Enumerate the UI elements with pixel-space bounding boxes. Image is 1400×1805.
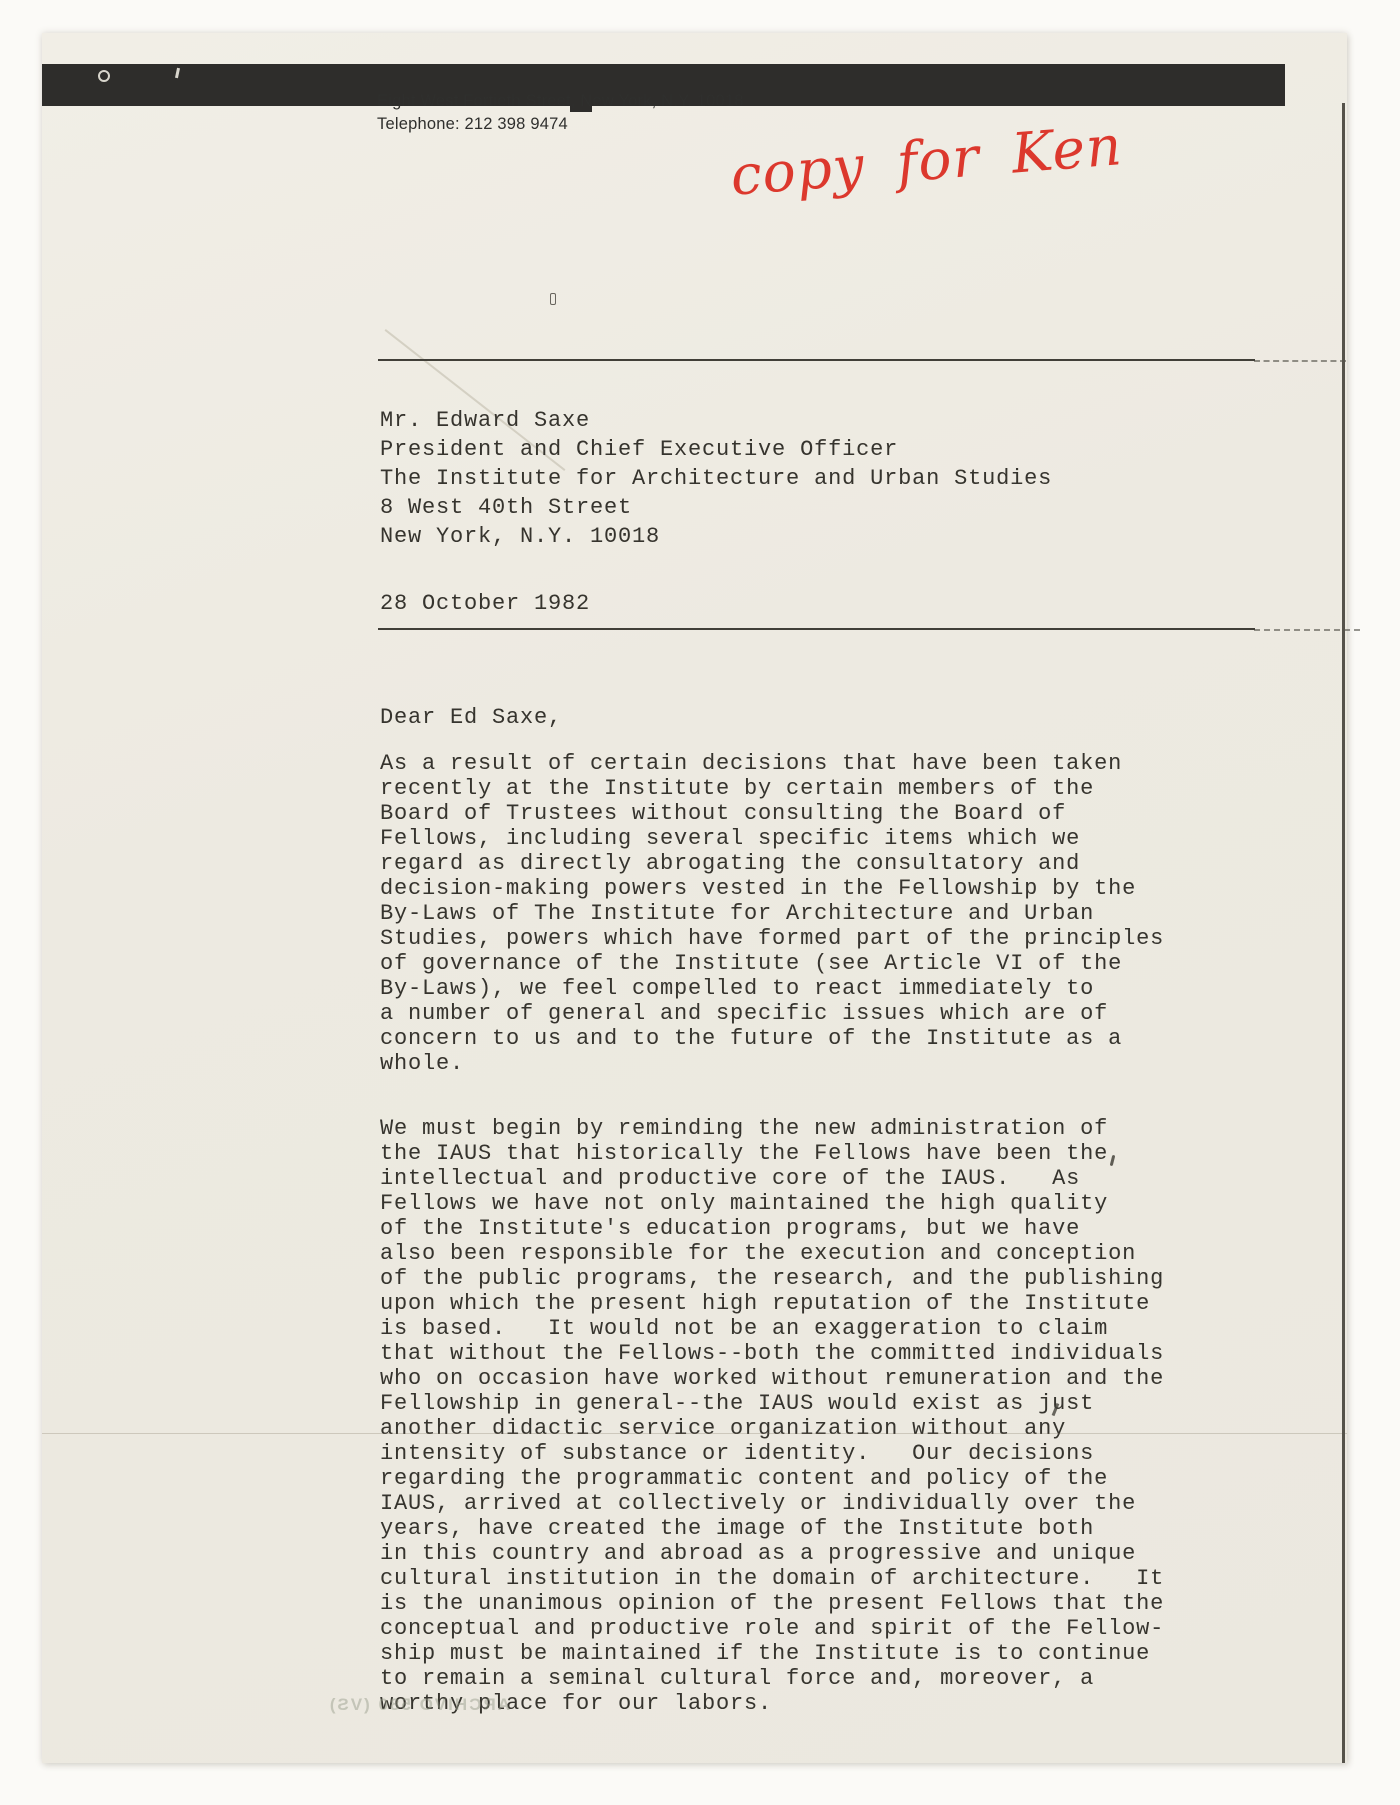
- horizontal-rule-date: [378, 628, 1255, 630]
- paper-edge-line: [1342, 103, 1345, 1763]
- fold-crease: [42, 1433, 1347, 1434]
- body-paragraph-1: As a result of certain decisions that ha…: [380, 751, 1164, 1076]
- letter-paper: Eight West Fortieth Street, New York, N.…: [42, 33, 1347, 1763]
- letterhead-address: Eight West Fortieth Street, New York, N.…: [377, 90, 744, 113]
- scanned-letter-page: { "document": { "letterhead": { "address…: [0, 0, 1400, 1805]
- bleedthrough-stamp: ARCHIVO 580 (VS): [330, 1695, 510, 1715]
- recipient-address-block: Mr. Edward Saxe President and Chief Exec…: [380, 406, 1052, 551]
- date-line: 28 October 1982: [380, 589, 590, 618]
- rule-dash-fragment: [1254, 360, 1346, 362]
- letterhead-telephone: Telephone: 212 398 9474: [377, 113, 744, 136]
- letterhead: Eight West Fortieth Street, New York, N.…: [377, 90, 744, 136]
- scan-speck: [98, 70, 110, 82]
- handwritten-annotation: copy for Ken: [728, 106, 1212, 207]
- body-paragraph-2: We must begin by reminding the new admin…: [380, 1116, 1164, 1716]
- salutation: Dear Ed Saxe,: [380, 705, 562, 730]
- scan-speck: [550, 293, 556, 305]
- horizontal-rule-top: [378, 359, 1255, 361]
